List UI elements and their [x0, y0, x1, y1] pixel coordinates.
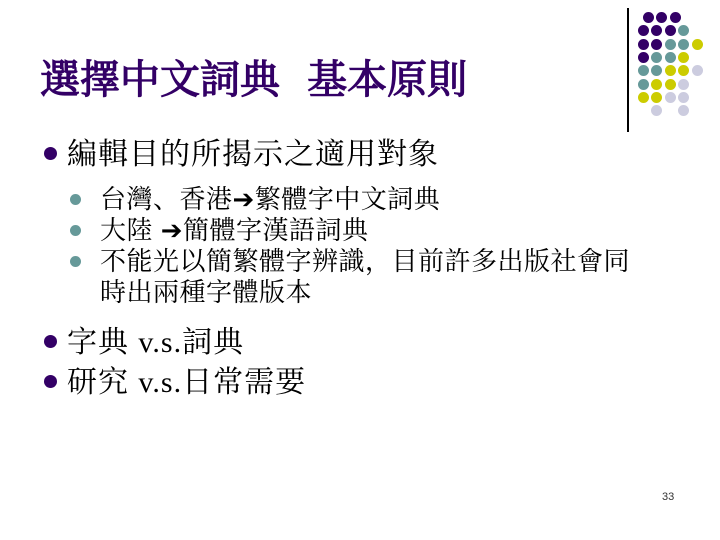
- decor-dot: [665, 79, 676, 90]
- bullet-circle-icon: [44, 375, 57, 388]
- bullet-item-level1: 字典 v.s.詞典: [44, 324, 244, 361]
- bullet-circle-icon: [70, 225, 81, 236]
- sub-bullet-item: 台灣、香港➔繁體字中文詞典: [70, 184, 440, 215]
- decor-dot: [651, 105, 662, 116]
- sub-bullet-text: 大陸 ➔簡體字漢語詞典: [100, 215, 369, 246]
- decor-dot: [678, 92, 689, 103]
- decor-dot: [665, 39, 676, 50]
- bullet-text: 編輯目的所揭示之適用對象: [67, 136, 439, 173]
- decor-dot: [638, 52, 649, 63]
- decor-dot: [678, 52, 689, 63]
- decor-dot: [665, 65, 676, 76]
- decor-dot: [692, 65, 703, 76]
- bullet-circle-icon: [70, 256, 81, 267]
- bullet-item-level1: 編輯目的所揭示之適用對象: [44, 136, 439, 173]
- decor-dot: [651, 25, 662, 36]
- decor-dot: [678, 39, 689, 50]
- bullet-circle-icon: [44, 335, 57, 348]
- decor-dot: [651, 39, 662, 50]
- bullet-circle-icon: [70, 194, 81, 205]
- page-number: 33: [662, 491, 674, 503]
- decor-dot: [651, 79, 662, 90]
- decor-dot: [692, 39, 703, 50]
- decor-dot: [638, 39, 649, 50]
- decor-dot: [665, 92, 676, 103]
- decor-dot: [638, 92, 649, 103]
- decor-dot: [638, 79, 649, 90]
- decor-dot: [665, 25, 676, 36]
- decor-dot: [656, 12, 667, 23]
- slide-title: 選擇中文詞典 基本原則: [40, 56, 467, 104]
- bullet-text-latin: v.s.: [138, 366, 182, 399]
- decor-dot: [678, 79, 689, 90]
- sub-bullet-text: 台灣、香港➔繁體字中文詞典: [100, 184, 440, 215]
- decor-dot: [670, 12, 681, 23]
- decor-dot: [651, 52, 662, 63]
- decor-dot: [651, 65, 662, 76]
- decor-dot: [638, 25, 649, 36]
- sub-bullet-item: 不能光以簡繁體字辨識，目前許多出版社會同時出兩種字體版本: [70, 246, 648, 308]
- decor-dot: [678, 105, 689, 116]
- sub-bullet-item: 大陸 ➔簡體字漢語詞典: [70, 215, 369, 246]
- decor-dot: [643, 12, 654, 23]
- bullet-text-cjk: 研究: [67, 366, 138, 399]
- bullet-text-cjk: 詞典: [182, 326, 244, 359]
- decor-dot: [678, 65, 689, 76]
- bullet-text: 字典 v.s.詞典: [67, 324, 244, 361]
- bullet-item-level1: 研究 v.s.日常需要: [44, 364, 306, 401]
- bullet-circle-icon: [44, 147, 57, 160]
- decor-dot: [651, 92, 662, 103]
- bullet-text-cjk: 字典: [67, 326, 138, 359]
- bullet-text-latin: v.s.: [138, 326, 182, 359]
- bullet-text: 研究 v.s.日常需要: [67, 364, 306, 401]
- decor-dot: [638, 65, 649, 76]
- bullet-text-cjk: 日常需要: [182, 366, 306, 399]
- sub-bullet-text: 不能光以簡繁體字辨識，目前許多出版社會同時出兩種字體版本: [100, 246, 648, 308]
- decor-dot: [678, 25, 689, 36]
- decor-dot: [665, 52, 676, 63]
- divider-line: [627, 8, 629, 132]
- presentation-slide: 選擇中文詞典 基本原則 編輯目的所揭示之適用對象 台灣、香港➔繁體字中文詞典 大…: [0, 0, 720, 540]
